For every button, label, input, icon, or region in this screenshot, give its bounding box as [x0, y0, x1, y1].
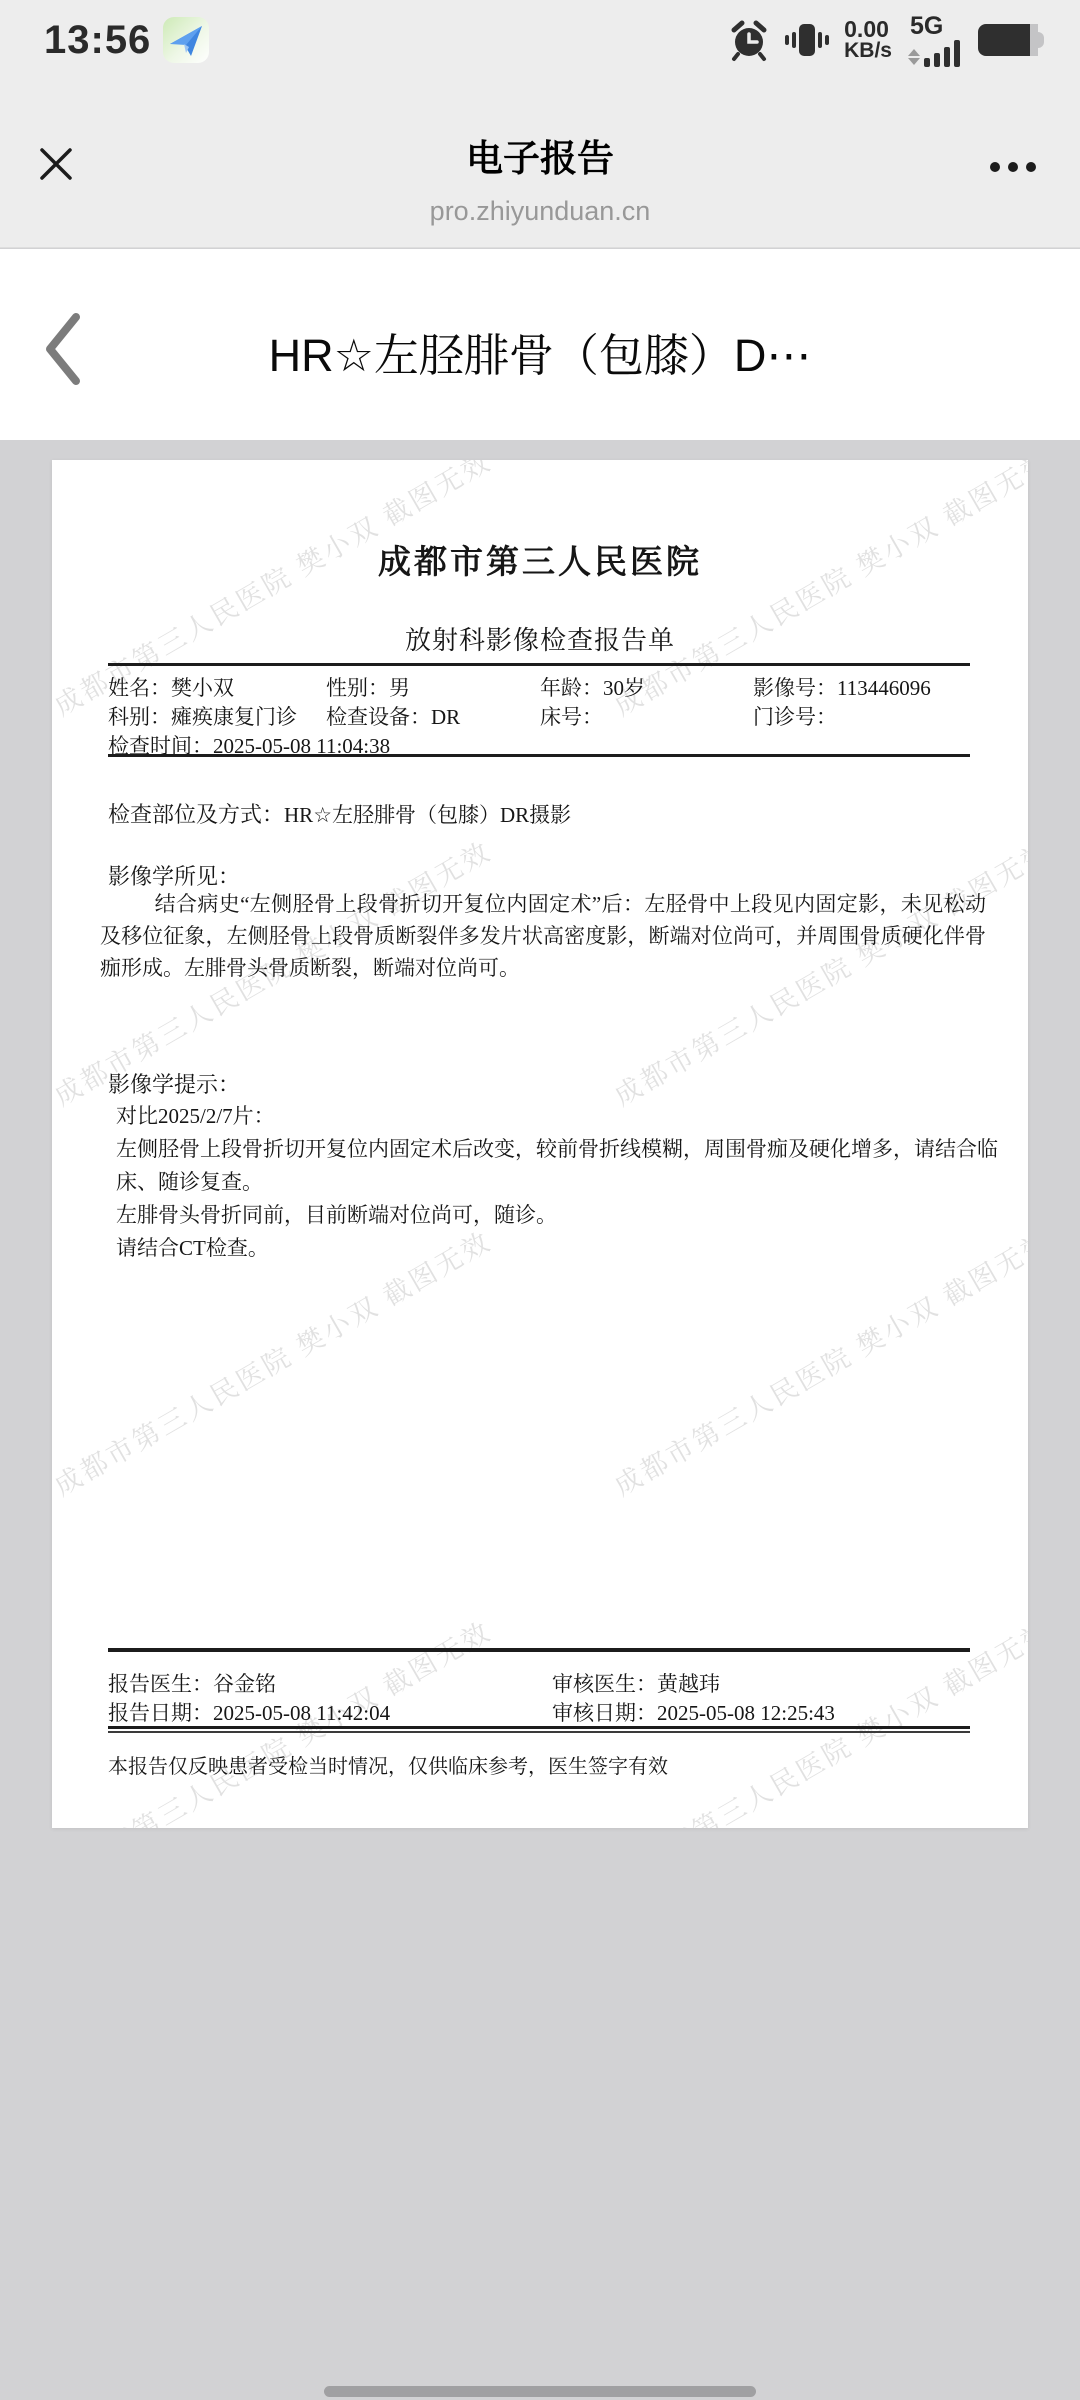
cellular-signal: 5G — [908, 13, 960, 67]
image-no-label: 影像号： — [753, 676, 837, 700]
document-viewer[interactable]: 成都市第三人民医院 樊小双 截图无效 成都市第三人民医院 樊小双 截图无效 成都… — [0, 440, 1080, 2400]
page-title-bar: HR☆左胫腓骨（包膝）D⋯ — [0, 249, 1080, 440]
bed-no-label: 床号： — [540, 705, 603, 729]
webview-header: 电子报告 pro.zhiyunduan.cn — [0, 80, 1080, 248]
name-label: 姓名： — [108, 676, 171, 700]
dept-label: 科别： — [108, 705, 171, 729]
impression-label: 影像学提示： — [108, 1068, 240, 1099]
back-icon[interactable] — [40, 307, 96, 391]
home-indicator[interactable] — [324, 2386, 756, 2397]
disclaimer: 本报告仅反映患者受检当时情况，仅供临床参考，医生签字有效 — [108, 1750, 668, 1779]
more-menu-icon[interactable] — [990, 162, 1036, 172]
info-row: 科别：瘫痪康复门诊 检查设备：DR 床号： 门诊号： — [108, 701, 988, 727]
divider — [108, 1648, 970, 1652]
navigation-app-icon — [163, 17, 209, 63]
age-value: 30岁 — [603, 676, 645, 700]
image-no-value: 113446096 — [837, 676, 931, 700]
outpatient-no-label: 门诊号： — [753, 705, 837, 729]
exam-method-value: HR☆左胫腓骨（包膝）DR摄影 — [284, 803, 571, 827]
clock-time: 13:56 — [44, 18, 151, 63]
sex-label: 性别： — [326, 676, 389, 700]
name-value: 樊小双 — [171, 676, 234, 700]
device-value: DR — [431, 705, 460, 729]
battery-icon — [978, 24, 1044, 56]
double-divider — [108, 1726, 970, 1733]
report-date: 报告日期：2025-05-08 11:42:04 — [108, 1697, 390, 1727]
info-row: 姓名：樊小双 性别：男 年龄：30岁 影像号：113446096 — [108, 672, 988, 698]
vibrate-icon — [784, 17, 830, 63]
signal-bars-icon — [924, 40, 960, 67]
info-row: 检查时间：2025-05-08 11:04:38 — [108, 730, 988, 756]
report-doctor: 报告医生：谷金铭 — [108, 1668, 276, 1698]
divider — [108, 663, 970, 666]
sex-value: 男 — [389, 676, 410, 700]
page-title: HR☆左胫腓骨（包膝）D⋯ — [110, 319, 970, 384]
device-label: 检查设备： — [326, 705, 431, 729]
dept-value: 瘫痪康复门诊 — [171, 705, 297, 729]
findings-label: 影像学所见： — [108, 860, 240, 891]
status-icons: 0.00 KB/s 5G — [728, 0, 1044, 80]
age-label: 年龄： — [540, 676, 603, 700]
review-doctor: 审核医生：黄越玮 — [552, 1668, 720, 1698]
network-speed: 0.00 KB/s — [844, 18, 892, 62]
report-page: 成都市第三人民医院 樊小双 截图无效 成都市第三人民医院 樊小双 截图无效 成都… — [52, 460, 1028, 1828]
review-date: 审核日期：2025-05-08 12:25:43 — [552, 1697, 835, 1727]
exam-method-label: 检查部位及方式： — [108, 802, 284, 827]
hospital-name: 成都市第三人民医院 — [52, 536, 1028, 583]
findings-text: 结合病史“左侧胫骨上段骨折切开复位内固定术”后：左胫骨中上段见内固定影，未见松动… — [100, 888, 986, 984]
divider — [108, 754, 970, 757]
impression-text: 对比2025/2/7片： 左侧胫骨上段骨折切开复位内固定术后改变，较前骨折线模糊… — [116, 1100, 1008, 1265]
exam-method: 检查部位及方式：HR☆左胫腓骨（包膝）DR摄影 — [108, 798, 571, 829]
status-bar: 13:56 0.00 KB/s 5G — [0, 0, 1080, 80]
alarm-clock-icon — [728, 18, 770, 62]
traffic-arrows-icon — [908, 49, 920, 65]
webview-title: 电子报告 — [0, 128, 1080, 182]
report-title: 放射科影像检查报告单 — [52, 620, 1028, 657]
webview-url: pro.zhiyunduan.cn — [0, 196, 1080, 227]
